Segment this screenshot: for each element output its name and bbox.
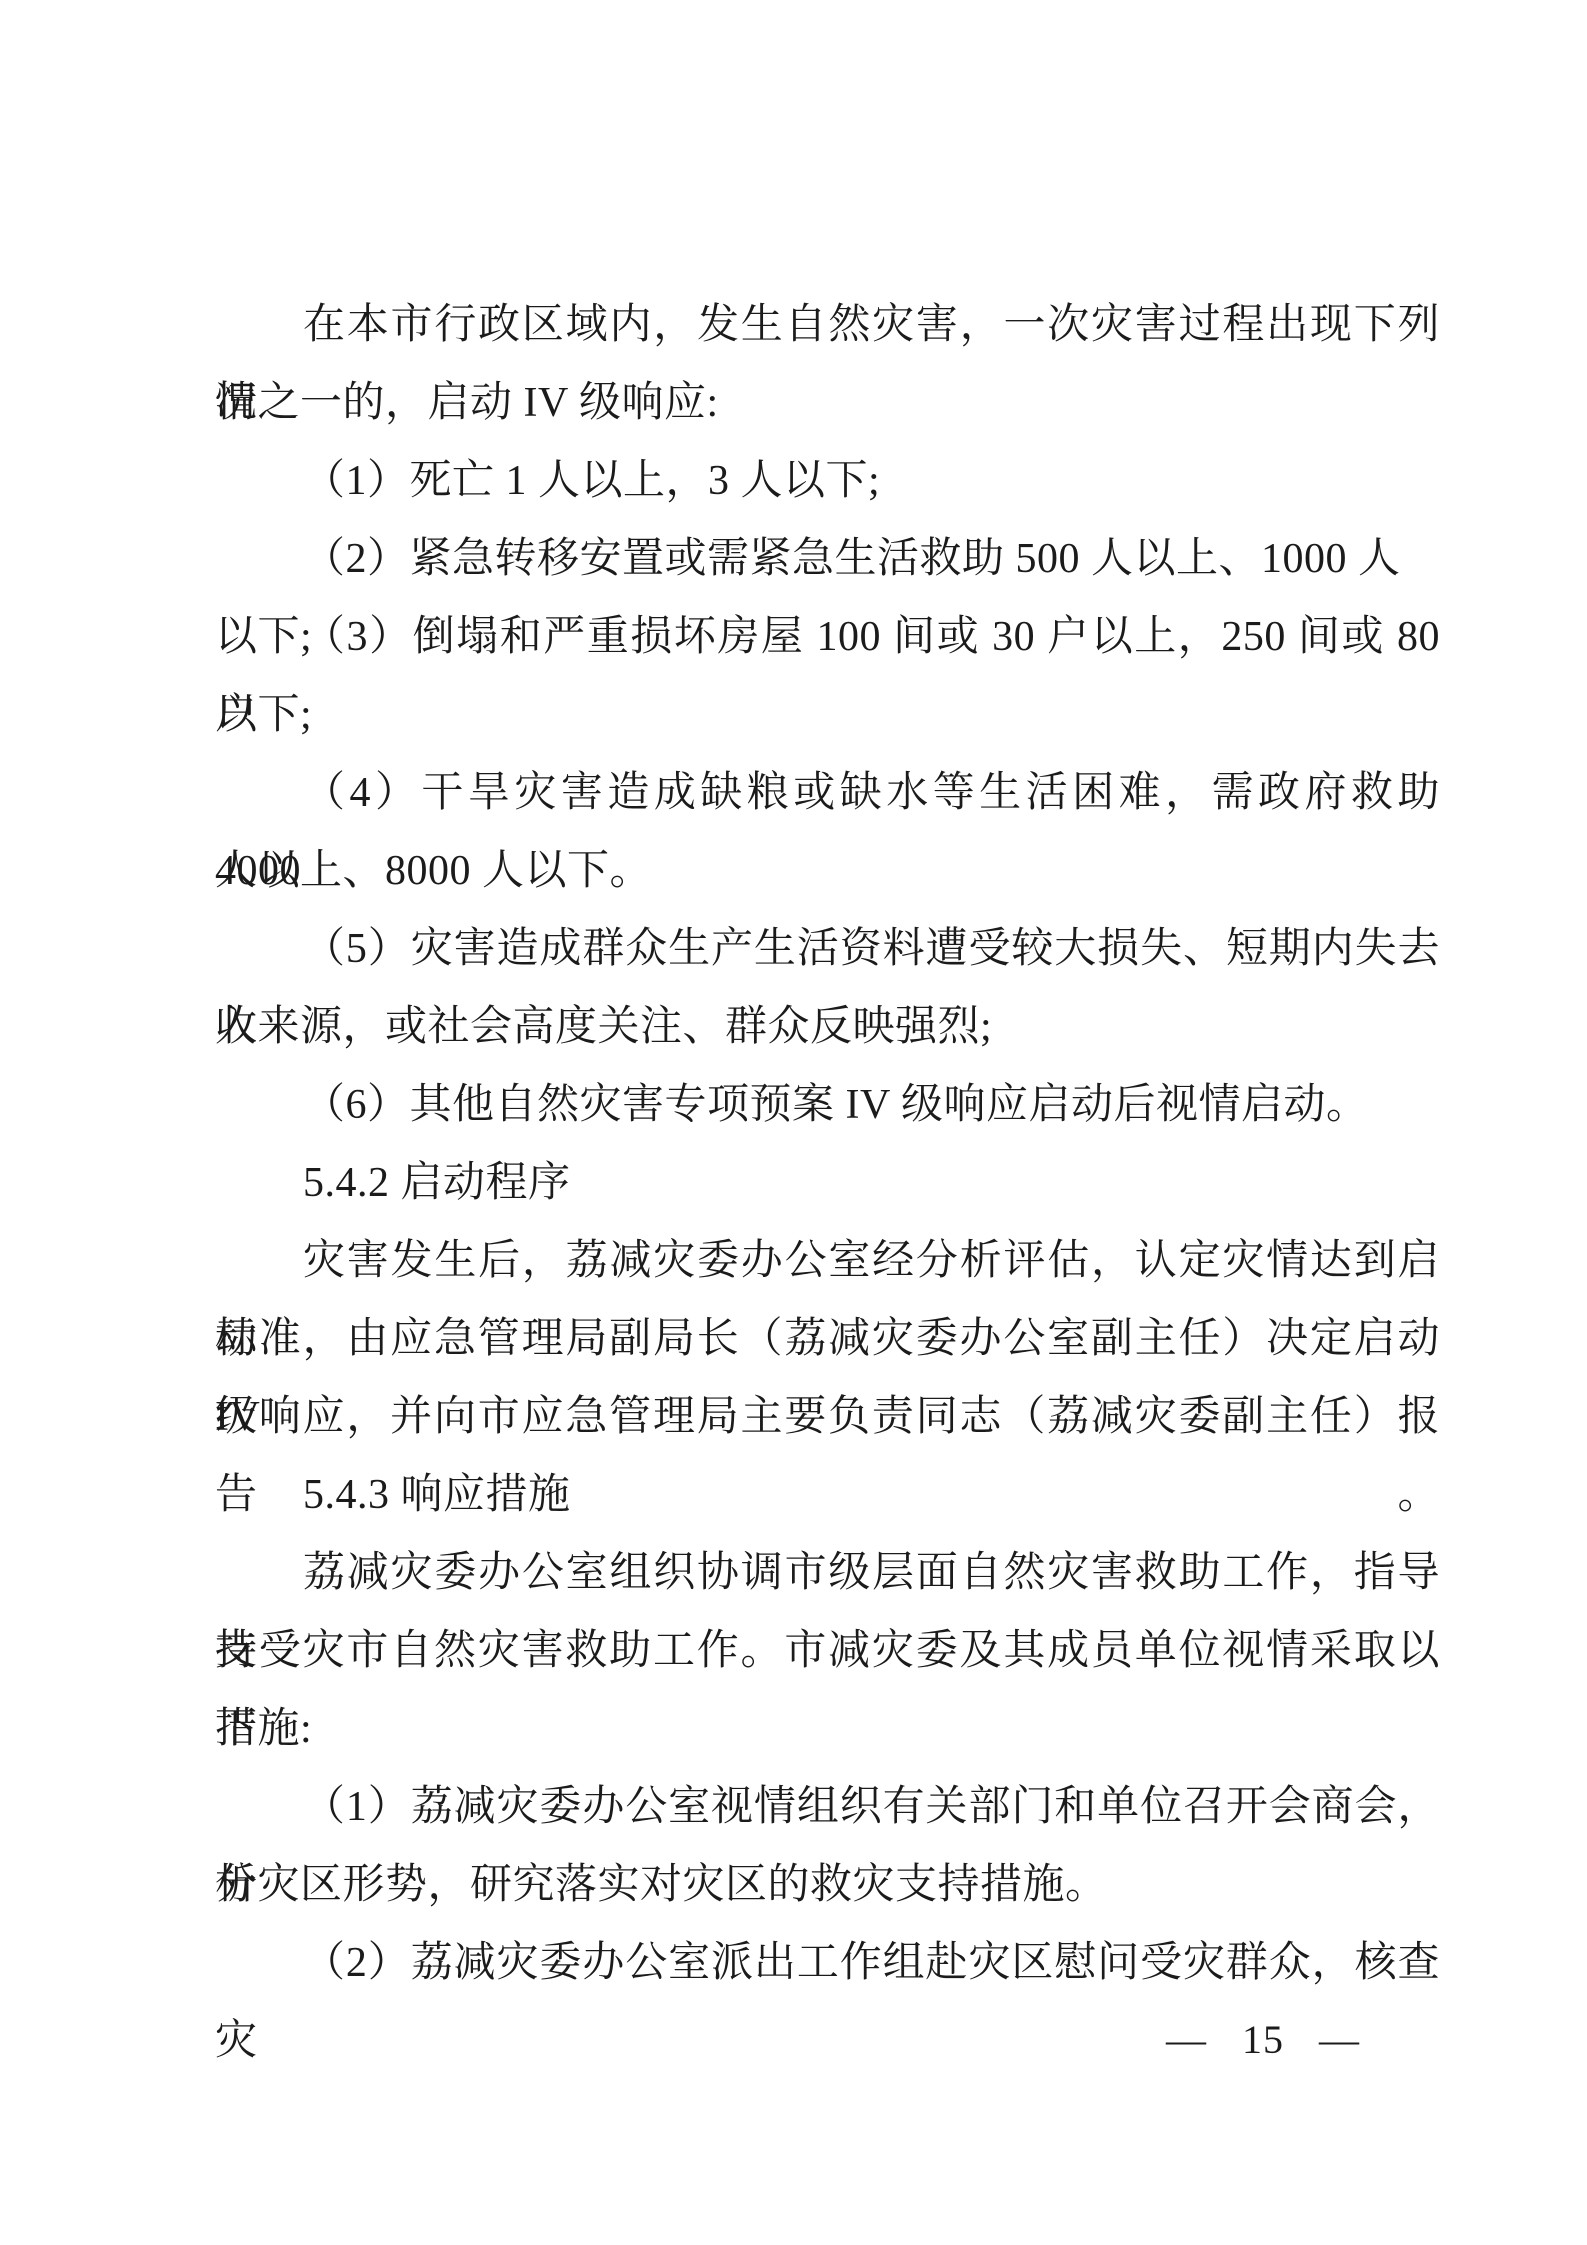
text-line: 持受灾市自然灾害救助工作。市减灾委及其成员单位视情采取以下 (215, 1612, 1440, 1690)
text-line: （6）其他自然灾害专项预案 IV 级响应启动后视情启动。 (215, 1066, 1440, 1144)
text-line: （2）荔减灾委办公室派出工作组赴灾区慰问受灾群众，核查灾 (215, 1924, 1440, 2002)
text-line: 在本市行政区域内，发生自然灾害，一次灾害过程出现下列情 (215, 286, 1440, 364)
text-line: （5）灾害造成群众生产生活资料遭受较大损失、短期内失去收 (215, 910, 1440, 988)
text-line: 入来源，或社会高度关注、群众反映强烈; (215, 988, 1440, 1066)
text-line: （2）紧急转移安置或需紧急生活救助 500 人以上、1000 人以下; (215, 520, 1440, 598)
text-line: 标准，由应急管理局副局长（荔减灾委办公室副主任）决定启动 IV (215, 1300, 1440, 1378)
text-line: 荔减灾委办公室组织协调市级层面自然灾害救助工作，指导支 (215, 1534, 1440, 1612)
text-line: （1）荔减灾委办公室视情组织有关部门和单位召开会商会，分 (215, 1768, 1440, 1846)
text-line: （3）倒塌和严重损坏房屋 100 间或 30 户以上，250 间或 80 户 (215, 598, 1440, 676)
text-line: 人以上、8000 人以下。 (215, 832, 1440, 910)
section-heading-line: 5.4.2 启动程序 (215, 1144, 1440, 1222)
text-line: 析灾区形势，研究落实对灾区的救灾支持措施。 (215, 1846, 1440, 1924)
page-number: — 15 — (215, 2001, 1440, 2079)
text-line: 以下; (215, 676, 1440, 754)
text-line: （1）死亡 1 人以上，3 人以下; (215, 442, 1440, 520)
text-line: 级响应，并向市应急管理局主要负责同志（荔减灾委副主任）报告。 (215, 1378, 1440, 1456)
text-line: 况之一的，启动 IV 级响应: (215, 364, 1440, 442)
text-line: 灾害发生后，荔减灾委办公室经分析评估，认定灾情达到启动 (215, 1222, 1440, 1300)
text-line: 措施: (215, 1690, 1440, 1768)
text-line: （4）干旱灾害造成缺粮或缺水等生活困难，需政府救助 4000 (215, 754, 1440, 832)
document-body: 在本市行政区域内，发生自然灾害，一次灾害过程出现下列情况之一的，启动 IV 级响… (215, 286, 1440, 2002)
